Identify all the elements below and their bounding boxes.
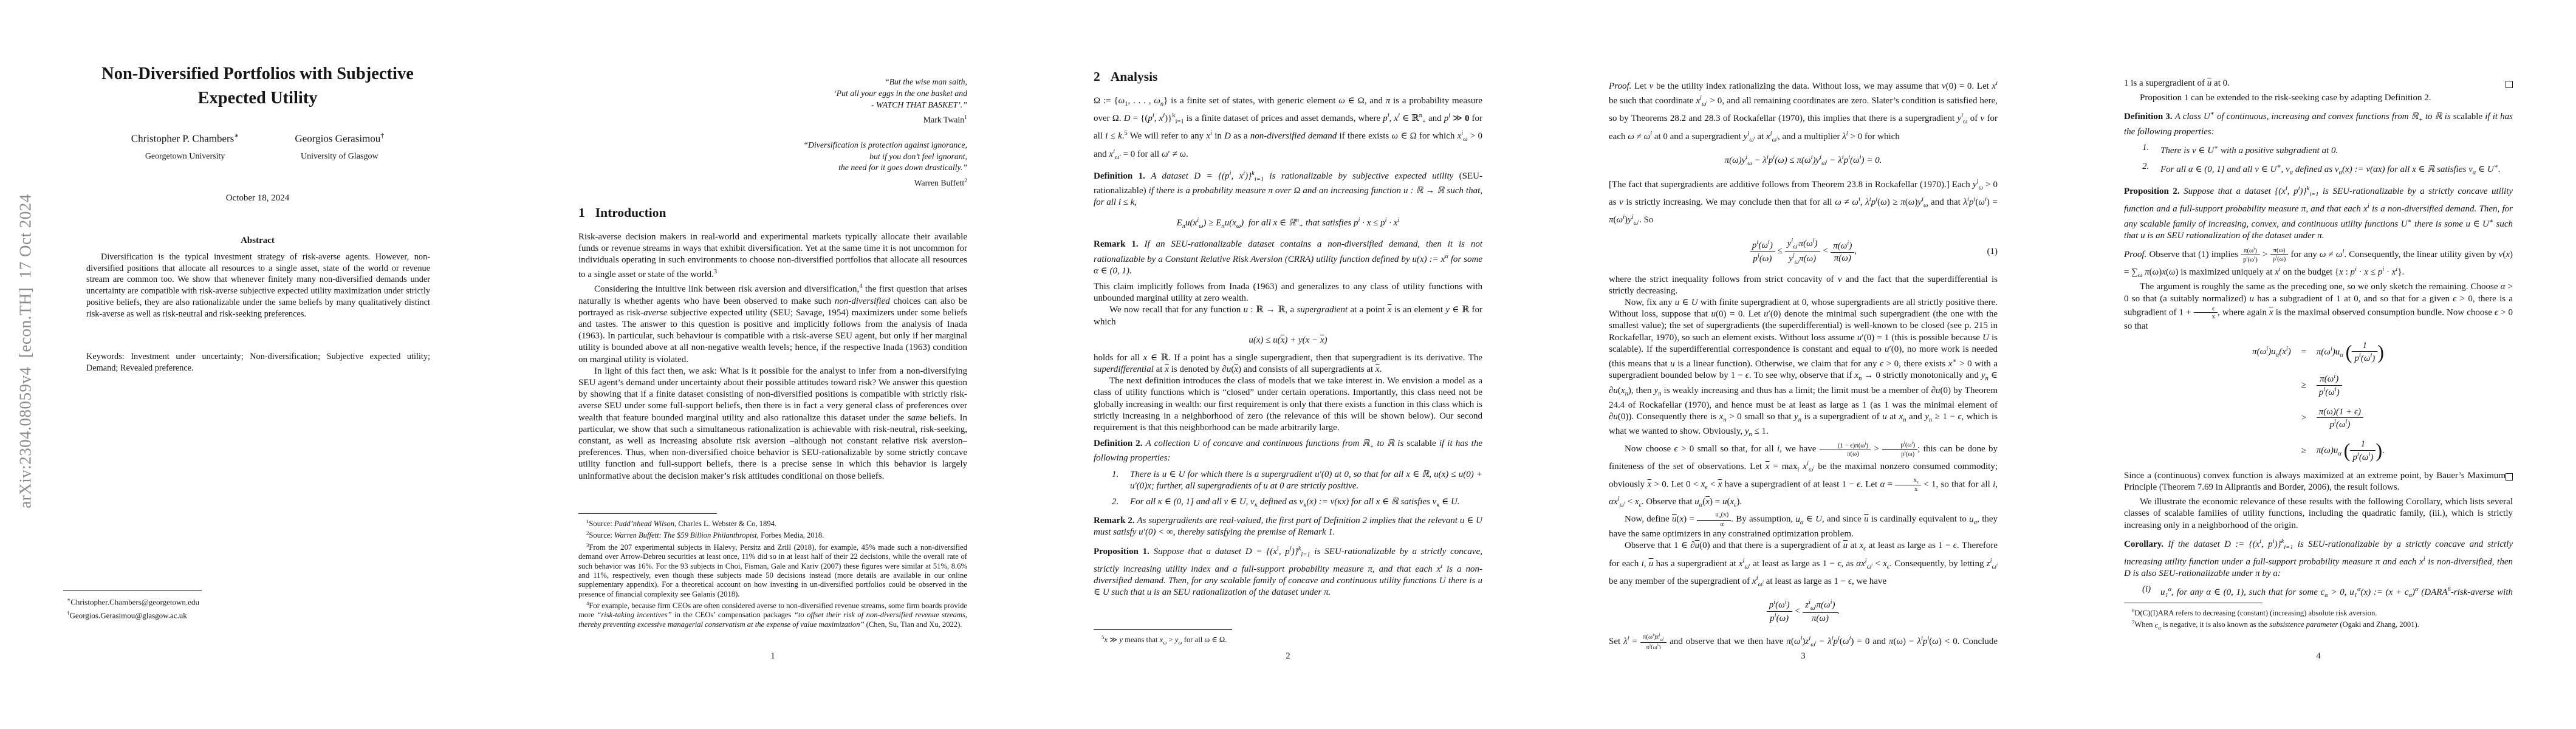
author-name: Georgios Gerasimou† (295, 131, 384, 145)
list-item: 1.There is u ∈ U for which there is a su… (1112, 469, 1482, 492)
page-number: 2 (1030, 651, 1546, 662)
footnote: 5x ≫ y means that xω > yω for all ω ∈ Ω. (1094, 633, 1482, 648)
theorem-body: Suppose that a dataset D = {(xi, pi)}ki=… (1094, 547, 1482, 598)
page-number: 3 (1546, 651, 2061, 662)
paper-title-line2: Expected Utility (197, 89, 317, 108)
paragraph: Set λi = π(ωi)ziωipi(ωi) and observe tha… (1609, 632, 1998, 649)
paragraph: Proposition 1 can be extended to the ris… (2124, 92, 2513, 104)
list-item-body: There is u ∈ U for which there is a supe… (1130, 469, 1482, 492)
paper-title-line1: Non-Diversified Portfolios with Subjecti… (101, 64, 414, 83)
theorem-body: A class U∗ of continuous, increasing and… (2124, 112, 2513, 136)
equation-body: pi(ωi)pi(ω) ≤ yiωiπ(ωi)yiωπ(ω) < π(ωi)π(… (1750, 246, 1857, 256)
page-1-content: “But the wise man saith, ‘Put all your e… (515, 0, 1030, 482)
theorem-body: If the dataset D := {(xi, pi)}ki=1 is SE… (2124, 539, 2513, 578)
equation-relation: = (2293, 347, 2314, 357)
section-title: Introduction (595, 205, 666, 220)
page-number: 4 (2061, 651, 2576, 662)
qed-box (2506, 81, 2513, 88)
theorem-body: If an SEU-rationalizable dataset contain… (1094, 239, 1482, 275)
corollary: Corollary. If the dataset D := {(xi, pi)… (2124, 536, 2513, 580)
abstract-text: Diversification is the typical investmen… (86, 252, 430, 320)
qed-box (2506, 473, 2513, 481)
proof-paragraph: Proof. Observe that (1) implies π(ωi)pi(… (2124, 246, 2513, 281)
section-number: 2 (1094, 69, 1100, 84)
theorem-label: Proposition 2. (2124, 187, 2180, 196)
proposition-1: Proposition 1. Suppose that a dataset D … (1094, 543, 1482, 599)
paragraph: Now, fix any u ∈ U with finite supergrad… (1609, 297, 1998, 440)
theorem-label: Remark 1. (1094, 239, 1139, 249)
section-heading-introduction: 1Introduction (578, 205, 967, 221)
footnote-block: 1Source: Pudd’nhead Wilson, Charles L. W… (578, 513, 967, 629)
paragraph: Now, define u(x) = uα(x)α. By assumption… (1609, 511, 1998, 540)
list-item-number: 1. (1112, 469, 1130, 492)
theorem-label: Corollary. (2124, 539, 2163, 549)
quote-line: “Diversification is protection against i… (578, 140, 967, 151)
list-item-body: There is v ∈ U∗ with a positive subgradi… (2160, 142, 2338, 157)
footnote-block: 5x ≫ y means that xω > yω for all ω ∈ Ω. (1094, 629, 1482, 648)
footnote-block: ∗Christopher.Chambers@georgetown.edu †Ge… (63, 590, 452, 621)
aligned-equations: π(ωi)uα(xi)=π(ωi)uα (1pi(ωi)) ≥π(ωi)pi(ω… (2124, 340, 2513, 464)
paragraph: In light of this fact then, we ask: What… (578, 366, 967, 482)
theorem-label: Definition 3. (2124, 112, 2173, 122)
paragraph: We illustrate the economic relevance of … (2124, 496, 2513, 532)
arxiv-watermark: arXiv:2304.08059v4 [econ.TH] 17 Oct 2024 (16, 194, 35, 508)
footnote: 4For example, because firm CEOs are ofte… (578, 599, 967, 629)
list-item-number: (i) (2142, 584, 2160, 598)
paper-date: October 18, 2024 (0, 193, 515, 204)
author-name: Christopher P. Chambers∗ (131, 131, 239, 145)
quote-attribution: Mark Twain1 (578, 112, 967, 126)
footnote-block: 6D(C)(I)ARA refers to decreasing (consta… (2124, 603, 2513, 632)
paragraph: Since a (continuous) convex function is … (2124, 470, 2513, 493)
footnote: 2Source: Warren Buffett: The $59 Billion… (578, 529, 967, 540)
quote-line: but if you don’t feel ignorant, (578, 151, 967, 163)
paragraph: Risk-averse decision makers in real-worl… (578, 231, 967, 281)
quote-line: the need for it goes down drastically.” (578, 162, 967, 174)
equation-rhs: π(ω)uα (1pi(ωi)). (2317, 439, 2385, 464)
abstract-heading: Abstract (0, 236, 515, 246)
paragraph-text: 1 is a supergradient of u at 0. (2124, 78, 2230, 88)
epigraph-twain: “But the wise man saith, ‘Put all your e… (578, 77, 967, 126)
theorem-body: A dataset D = {(pi, xi)}ki=1 is rational… (1094, 171, 1482, 207)
list-item-body: u1α, for any α ∈ (0, 1), such that for s… (2160, 584, 2513, 598)
author-affiliation: University of Glasgow (295, 152, 384, 162)
list-item: 2.For all α ∈ (0, 1] and all v ∈ U∗, vα … (2142, 161, 2513, 179)
epigraph-buffett: “Diversification is protection against i… (578, 140, 967, 190)
author-block: Christopher P. Chambers∗ Georgetown Univ… (0, 131, 515, 162)
sheet-page-3: Proof. Let v be the utility index ration… (1546, 0, 2061, 729)
sheet-page-4: 1 is a supergradient of u at 0. Proposit… (2061, 0, 2576, 729)
paragraph: The argument is roughly the same as the … (2124, 281, 2513, 332)
theorem-label: Definition 1. (1094, 171, 1145, 181)
equation-relation: ≥ (2293, 446, 2314, 456)
remark-2: Remark 2. As supergradients are real-val… (1094, 515, 1482, 538)
paragraph: holds for all x ∈ ℝ. If a point has a si… (1094, 352, 1482, 375)
paragraph: We now recall that for any function u : … (1094, 304, 1482, 327)
section-title: Analysis (1111, 69, 1158, 84)
paragraph: Observe that 1 ∈ ∂u(0) and that there is… (1609, 540, 1998, 590)
equation-rhs: π(ω)(1 + ϵ)pi(ωi) (2317, 406, 2385, 431)
equation-rhs: π(ωi)uα (1pi(ωi)) (2317, 340, 2385, 365)
equation-relation: > (2293, 413, 2314, 423)
display-equation: u(x) ≤ u(x) + y(x − x) (1094, 334, 1482, 347)
footnote: 1Source: Pudd’nhead Wilson, Charles L. W… (578, 517, 967, 529)
equation-rhs: π(ωi)pi(ωi) (2317, 372, 2385, 399)
footnote-rule (63, 590, 202, 591)
footnote: ∗Christopher.Chambers@georgetown.edu (63, 594, 452, 607)
list-item-i: (i)u1α, for any α ∈ (0, 1), such that fo… (2142, 584, 2513, 598)
equation-tag: (1) (1987, 245, 1998, 258)
footnote: †Georgios.Gerasimou@glasgow.ac.uk (63, 607, 452, 621)
paragraph: The next definition introduces the class… (1094, 375, 1482, 434)
list-item-number: 1. (2142, 142, 2160, 157)
theorem-label: Proposition 1. (1094, 547, 1149, 556)
proof-paragraph: Proof. Let v be the utility index ration… (1609, 78, 1998, 146)
author: Christopher P. Chambers∗ Georgetown Univ… (131, 131, 239, 162)
list-item-number: 2. (2142, 161, 2160, 179)
footnote-rule (1094, 629, 1232, 630)
paragraph: 1 is a supergradient of u at 0. (2124, 78, 2513, 89)
page-2-content: 2Analysis Ω := {ω1, . . . , ωn} is a fin… (1030, 0, 1546, 603)
display-equation-1: pi(ωi)pi(ω) ≤ yiωiπ(ωi)yiωπ(ω) < π(ωi)π(… (1609, 237, 1998, 265)
quote-line: ‘Put all your eggs in the one basket and (578, 88, 967, 100)
section-number: 1 (578, 205, 585, 220)
display-equation: Eπu(xiω) ≥ Eπu(xω) for all x ∈ ℝn+ that … (1094, 214, 1482, 233)
footnote-rule (2124, 603, 2263, 603)
display-equation: pi(ωi)pi(ω) < ziωiπ(ωi)π(ω). (1609, 598, 1998, 625)
theorem-body: Suppose that a dataset {(xi, pi)}ki=1 is… (2124, 187, 2513, 241)
theorem-body: As supergradients are real-valued, the f… (1094, 516, 1482, 537)
author-affiliation: Georgetown University (131, 152, 239, 162)
definition-2: Definition 2. A collection U of concave … (1094, 438, 1482, 464)
page-number: 1 (515, 651, 1030, 662)
theorem-body: A collection U of concave and continuous… (1094, 439, 1482, 463)
definition-1: Definition 1. A dataset D = {(pi, xi)}ki… (1094, 168, 1482, 209)
footnote-rule (578, 513, 717, 514)
proposition-2: Proposition 2. Suppose that a dataset {(… (2124, 183, 2513, 242)
list-item: 2.For all κ ∈ (0, 1] and all v ∈ U, vκ d… (1112, 496, 1482, 511)
paragraph: Ω := {ω1, . . . , ωn} is a finite set of… (1094, 95, 1482, 163)
sheet-page-1: “But the wise man saith, ‘Put all your e… (515, 0, 1030, 729)
paragraph: Considering the intuitive link between r… (578, 281, 967, 365)
quote-line: “But the wise man saith, (578, 77, 967, 88)
list-item: 1.There is v ∈ U∗ with a positive subgra… (2142, 142, 2513, 157)
list-item-body: For all α ∈ (0, 1] and all v ∈ U∗, vα de… (2160, 161, 2501, 179)
paper-title: Non-Diversified Portfolios with Subjecti… (0, 62, 515, 111)
list-item-number: 2. (1112, 496, 1130, 511)
quote-line: - WATCH THAT BASKET’.” (578, 100, 967, 111)
theorem-label: Definition 2. (1094, 439, 1143, 448)
paragraph: Now choose ϵ > 0 small so that, for all … (1609, 440, 1998, 511)
paragraph: [The fact that supergradients are additi… (1609, 176, 1998, 230)
display-equation: π(ω)yiω − λipi(ω) ≤ π(ωi)yiωi − λipi(ωi)… (1609, 151, 1998, 171)
definition-3: Definition 3. A class U∗ of continuous, … (2124, 108, 2513, 137)
equation-relation: ≥ (2293, 380, 2314, 391)
author: Georgios Gerasimou† University of Glasgo… (295, 131, 384, 162)
quote-attribution: Warren Buffett2 (578, 176, 967, 189)
page-3-content: Proof. Let v be the utility index ration… (1546, 0, 2061, 649)
theorem-label: Remark 2. (1094, 516, 1135, 525)
equation-lhs: π(ωi)uα(xi) (2252, 346, 2291, 358)
paragraph: This claim implicitly follows from Inada… (1094, 281, 1482, 304)
footnote: 6D(C)(I)ARA refers to decreasing (consta… (2124, 606, 2513, 618)
footnote: 3From the 207 experimental subjects in H… (578, 541, 967, 599)
page-4-content: 1 is a supergradient of u at 0. Proposit… (2061, 0, 2576, 598)
keywords: Keywords: Investment under uncertainty; … (86, 351, 430, 374)
footnote: 7When cα is negative, it is also known a… (2124, 618, 2513, 632)
paragraph-text: Since a (continuous) convex function is … (2124, 471, 2506, 492)
paragraph: where the strict inequality follows from… (1609, 274, 1998, 297)
section-heading-analysis: 2Analysis (1094, 69, 1482, 84)
sheet-page-2: 2Analysis Ω := {ω1, . . . , ωn} is a fin… (1030, 0, 1546, 729)
remark-1: Remark 1. If an SEU-rationalizable datas… (1094, 239, 1482, 277)
sheet-title-page: Non-Diversified Portfolios with Subjecti… (0, 0, 515, 729)
list-item-body: For all κ ∈ (0, 1] and all v ∈ U, vκ def… (1130, 496, 1460, 511)
